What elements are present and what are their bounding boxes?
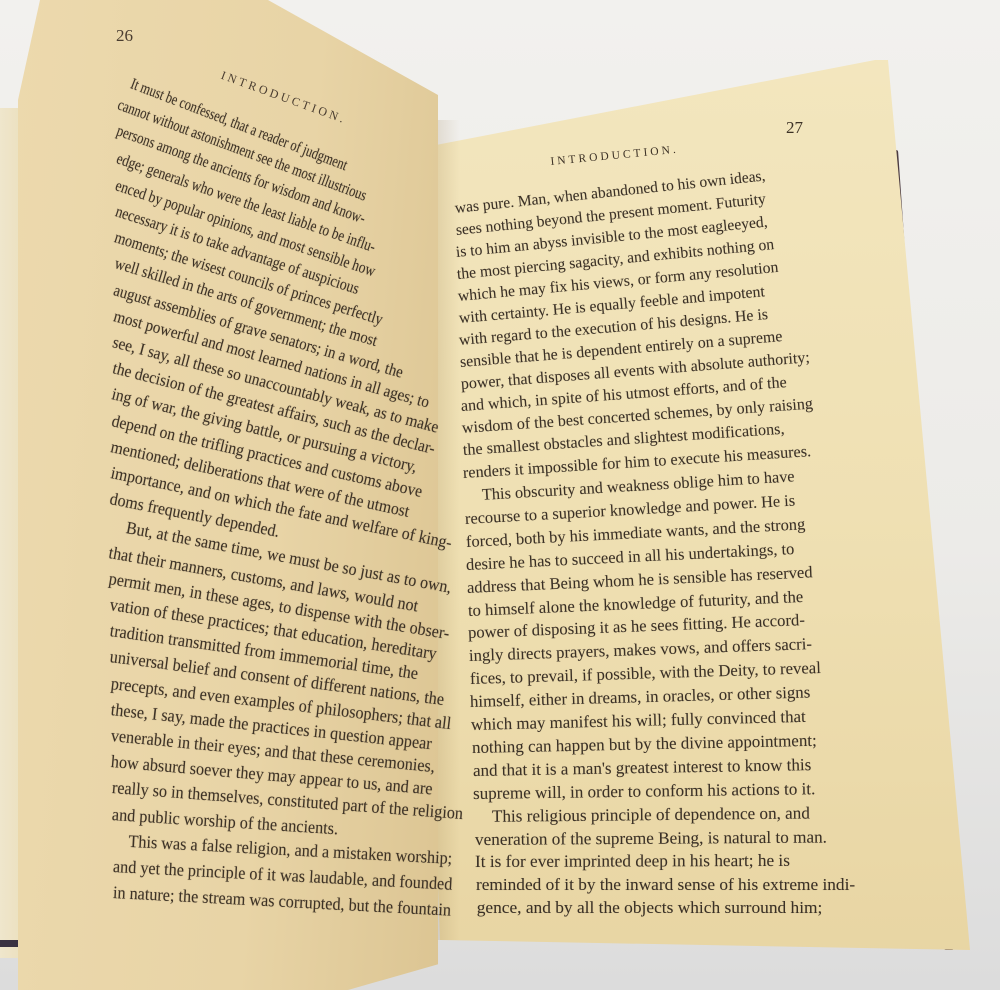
page-number-left: 26 xyxy=(116,26,133,46)
text-line: It is for ever imprinted deep in his hea… xyxy=(475,851,790,872)
page-number-right: 27 xyxy=(786,118,803,138)
text-line: veneration of the supreme Being, is natu… xyxy=(475,827,827,849)
text-line: gence, and by all the objects which surr… xyxy=(477,898,823,918)
text-line: reminded of it by the inward sense of hi… xyxy=(476,875,855,895)
text-line: This religious principle of dependence o… xyxy=(474,803,810,827)
